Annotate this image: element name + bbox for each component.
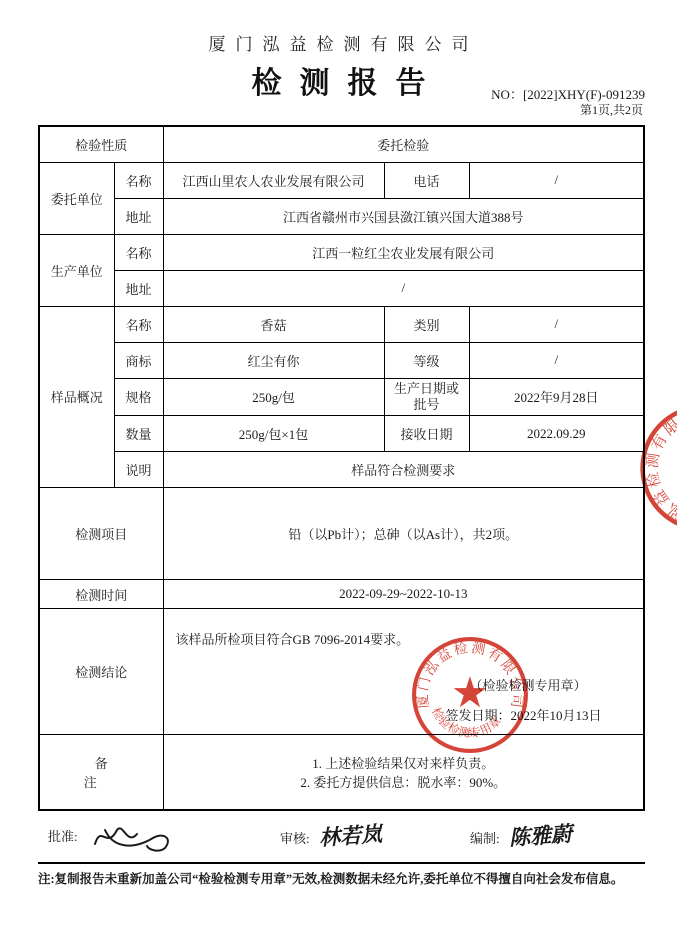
remark-cell: 1. 上述检验结果仅对来样负责。 2. 委托方提供信息：脱水率：90%。 [163, 735, 644, 810]
sample-spec-value: 250g/包 [163, 378, 384, 416]
producer-group-label: 生产单位 [39, 234, 114, 306]
report-page: 厦门泓益检测有限公司 检测报告 NO：[2022]XHY(F)-091239 第… [0, 0, 677, 950]
sample-name-label: 名称 [114, 306, 163, 342]
inspection-nature-label: 检验性质 [39, 126, 163, 162]
remark-line1: 1. 上述检验结果仅对来样负责。 [168, 753, 640, 772]
test-items-label: 检测项目 [39, 488, 163, 580]
report-table: 检验性质 委托检验 委托单位 名称 江西山里农人农业发展有限公司 电话 / 地址… [38, 125, 645, 811]
client-phone-value: / [469, 162, 644, 198]
client-group-label: 委托单位 [39, 162, 114, 234]
sample-note-label: 说明 [114, 452, 163, 488]
client-addr-value: 江西省赣州市兴国县潋江镇兴国大道388号 [163, 198, 644, 234]
review-signature: 林若岚 [318, 818, 383, 852]
producer-name-value: 江西一粒红尘农业发展有限公司 [163, 234, 644, 270]
approve-group: 批准: [48, 820, 179, 856]
row-producer-name: 生产单位 名称 江西一粒红尘农业发展有限公司 [39, 234, 644, 270]
producer-addr-value: / [163, 270, 644, 306]
test-time-value: 2022-09-29~2022-10-13 [163, 580, 644, 609]
company-name: 厦门泓益检测有限公司 [0, 30, 677, 55]
row-remark: 备 注 1. 上述检验结果仅对来样负责。 2. 委托方提供信息：脱水率：90%。 [39, 735, 644, 810]
client-addr-label: 地址 [114, 198, 163, 234]
sample-proddate-value: 2022年9月28日 [469, 378, 644, 416]
sample-category-value: / [469, 306, 644, 342]
client-phone-label: 电话 [384, 162, 469, 198]
row-client-address: 地址 江西省赣州市兴国县潋江镇兴国大道388号 [39, 198, 644, 234]
test-items-value: 铅（以Pb计）；总砷（以As计），共2项。 [163, 488, 644, 580]
star-icon: ★ [451, 670, 489, 717]
row-inspection-nature: 检验性质 委托检验 [39, 126, 644, 162]
prepare-group: 编制: 陈雅蔚 [470, 820, 572, 850]
company-seal: 厦门泓益检测有限公司 ★ 检验检测专用章 （5） [409, 634, 531, 756]
sample-qty-value: 250g/包×1包 [163, 416, 384, 452]
review-label: 审核: [280, 831, 310, 846]
inspection-nature-value: 委托检验 [163, 126, 644, 162]
conclusion-cell: 该样品所检项目符合GB 7096-2014要求。 （检验检测专用章） 签发日期：… [164, 609, 644, 734]
row-sample-name: 样品概况 名称 香菇 类别 / [39, 306, 644, 342]
seal-number: （5） [459, 729, 482, 739]
footer-note: 注:复制报告未重新加盖公司“检验检测专用章”无效,检测数据未经允许,委托单位不得… [38, 869, 648, 887]
sample-brand-value: 红尘有你 [163, 342, 384, 378]
edge-seal: 厦门泓益检测有限公司 ★ 检验检测专用章 （5） [635, 399, 677, 538]
sample-note-value: 样品符合检测要求 [163, 452, 644, 488]
sample-name-value: 香菇 [163, 306, 384, 342]
row-sample-brand: 商标 红尘有你 等级 / [39, 342, 644, 378]
sample-grade-label: 等级 [384, 342, 469, 378]
footer-divider [38, 862, 645, 864]
row-sample-spec: 规格 250g/包 生产日期或批号 2022年9月28日 [39, 378, 644, 416]
signature-scribble-icon [87, 820, 179, 856]
page-number: 第1页,共2页 [580, 101, 643, 118]
signature-row: 批准: 审核: 林若岚 编制: 陈雅蔚 [38, 812, 645, 856]
sample-spec-label: 规格 [114, 378, 163, 416]
sample-qty-label: 数量 [114, 416, 163, 452]
producer-name-label: 名称 [114, 234, 163, 270]
approve-label: 批准: [48, 829, 78, 844]
sample-brand-label: 商标 [114, 342, 163, 378]
client-name-label: 名称 [114, 162, 163, 198]
sample-group-label: 样品概况 [39, 306, 114, 488]
test-time-label: 检测时间 [39, 580, 163, 609]
producer-addr-label: 地址 [114, 270, 163, 306]
row-conclusion: 检测结论 该样品所检项目符合GB 7096-2014要求。 （检验检测专用章） … [39, 609, 644, 735]
sample-recv-label: 接收日期 [384, 416, 469, 452]
sample-proddate-label: 生产日期或批号 [384, 378, 469, 416]
sample-grade-value: / [469, 342, 644, 378]
conclusion-label: 检测结论 [39, 609, 163, 735]
row-sample-qty: 数量 250g/包×1包 接收日期 2022.09.29 [39, 416, 644, 452]
row-sample-note: 说明 样品符合检测要求 [39, 452, 644, 488]
sample-category-label: 类别 [384, 306, 469, 342]
row-test-items: 检测项目 铅（以Pb计）；总砷（以As计），共2项。 [39, 488, 644, 580]
remark-label: 备 注 [39, 735, 163, 810]
prepare-signature: 陈雅蔚 [508, 818, 573, 852]
row-producer-address: 地址 / [39, 270, 644, 306]
row-test-time: 检测时间 2022-09-29~2022-10-13 [39, 580, 644, 609]
sample-recv-value: 2022.09.29 [469, 416, 644, 452]
prepare-label: 编制: [470, 831, 500, 846]
client-name-value: 江西山里农人农业发展有限公司 [163, 162, 384, 198]
row-client-name: 委托单位 名称 江西山里农人农业发展有限公司 电话 / [39, 162, 644, 198]
review-group: 审核: 林若岚 [280, 820, 382, 850]
conclusion-value: 该样品所检项目符合GB 7096-2014要求。 [176, 629, 410, 648]
remark-line2: 2. 委托方提供信息：脱水率：90%。 [168, 772, 640, 791]
